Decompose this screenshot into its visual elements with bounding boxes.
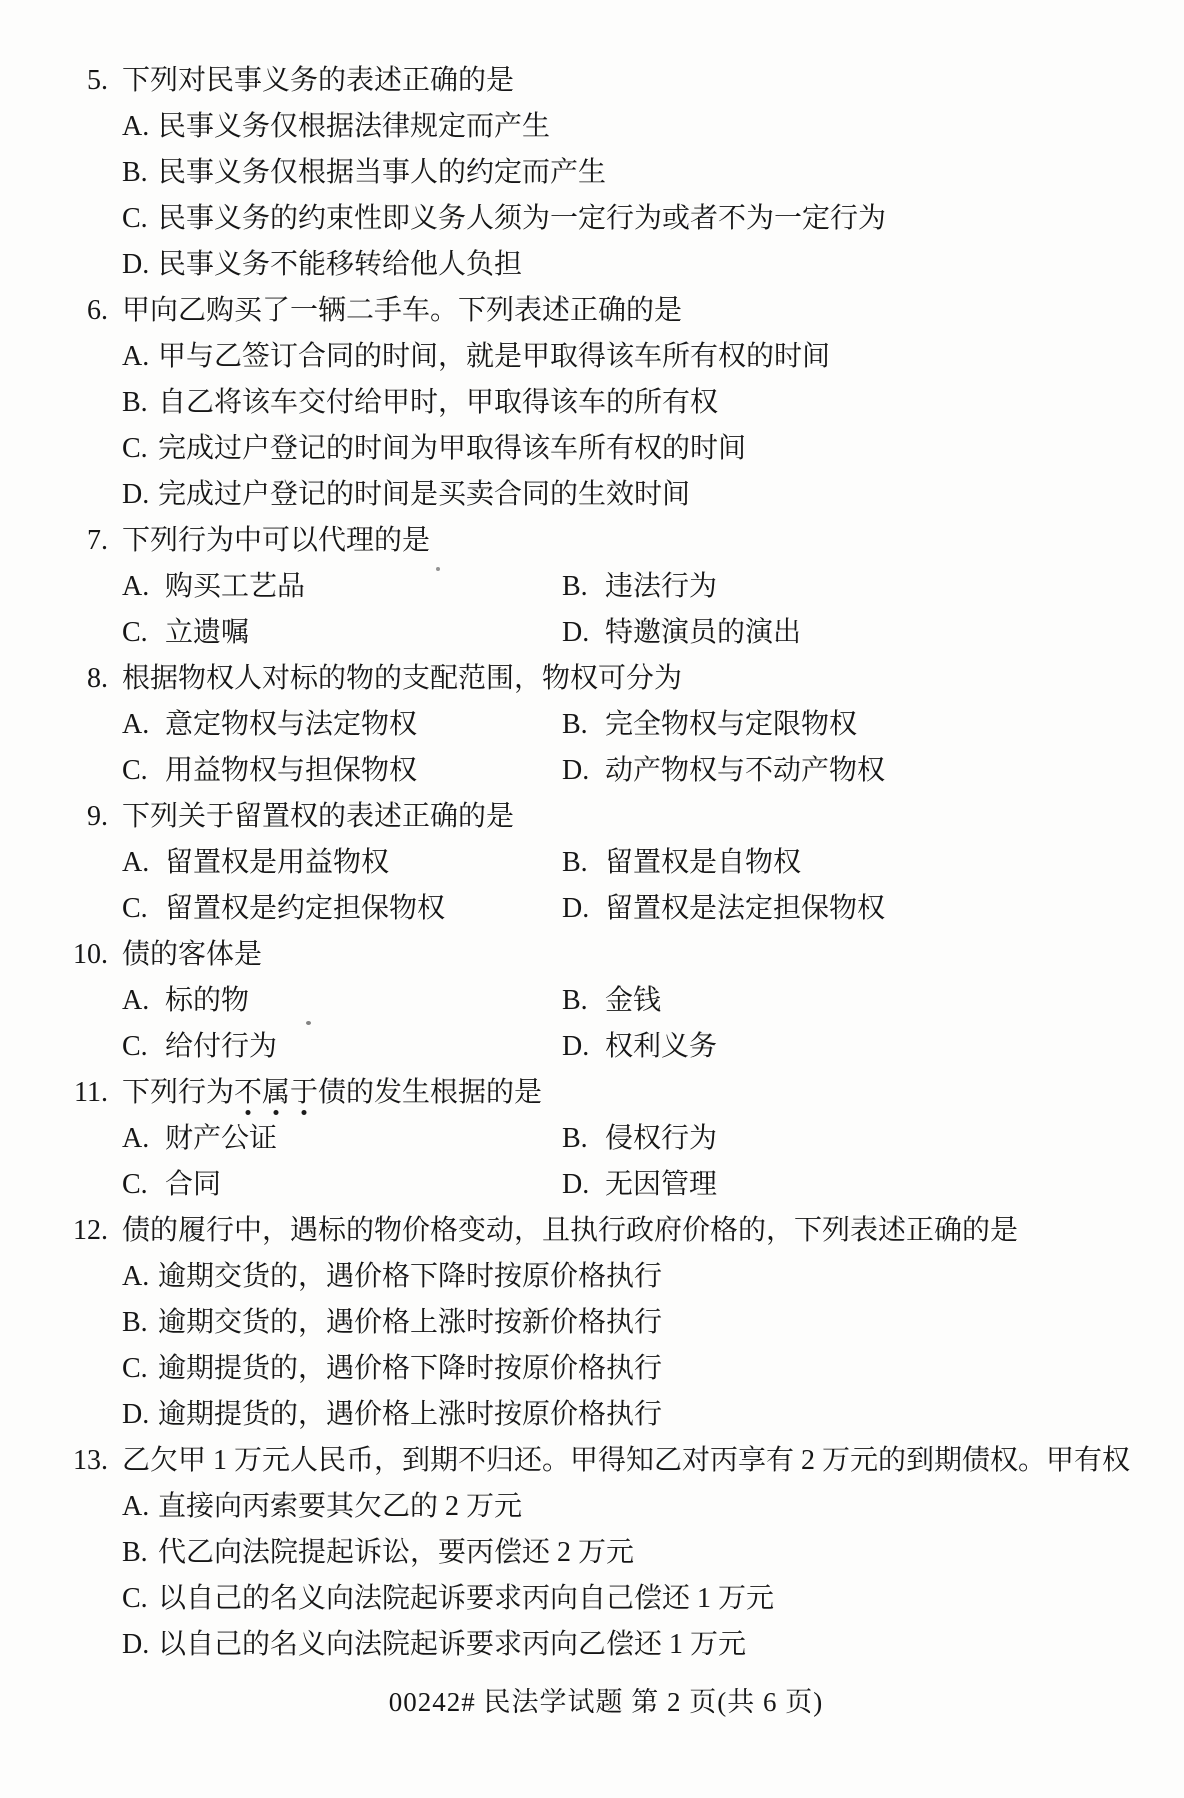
options-grid: A. 留置权是用益物权 B. 留置权是自物权 C. 留置权是约定担保物权 D. … bbox=[122, 840, 1154, 932]
option-label: A. bbox=[122, 104, 158, 150]
question-stem: 甲向乙购买了一辆二手车。下列表述正确的是 bbox=[122, 288, 682, 334]
question-number: 7. bbox=[58, 518, 108, 564]
option-text: 侵权行为 bbox=[605, 1123, 717, 1154]
option-text: 自乙将该车交付给甲时，甲取得该车的所有权 bbox=[158, 380, 718, 426]
option-7c: C. 立遗嘱 bbox=[122, 610, 562, 656]
option-text: 以自己的名义向法院起诉要求丙向乙偿还 1 万元 bbox=[158, 1622, 746, 1668]
question-stem: 下列对民事义务的表述正确的是 bbox=[122, 58, 514, 104]
option-label: B. bbox=[122, 1300, 158, 1346]
question-stem: 根据物权人对标的物的支配范围，物权可分为 bbox=[122, 656, 682, 702]
option-13c: C. 以自己的名义向法院起诉要求丙向自己偿还 1 万元 bbox=[122, 1576, 1154, 1622]
question-number: 9. bbox=[58, 794, 108, 840]
option-text: 以自己的名义向法院起诉要求丙向自己偿还 1 万元 bbox=[158, 1576, 774, 1622]
question-stem: 债的客体是 bbox=[122, 932, 262, 978]
option-7d: D. 特邀演员的演出 bbox=[562, 610, 1154, 656]
option-5d: D. 民事义务不能移转给他人负担 bbox=[122, 242, 1154, 288]
option-6d: D. 完成过户登记的时间是买卖合同的生效时间 bbox=[122, 472, 1154, 518]
option-10d: D. 权利义务 bbox=[562, 1024, 1154, 1070]
page-footer: 00242# 民法学试题 第 2 页(共 6 页) bbox=[58, 1682, 1154, 1722]
option-7b: B. 违法行为 bbox=[562, 564, 1154, 610]
option-8c: C. 用益物权与担保物权 bbox=[122, 748, 562, 794]
option-12a: A. 逾期交货的，遇价格下降时按原价格执行 bbox=[122, 1254, 1154, 1300]
option-label: B. bbox=[122, 380, 158, 426]
question-stem: 下列行为不属于债的发生根据的是 bbox=[122, 1070, 542, 1116]
option-10b: B. 金钱 bbox=[562, 978, 1154, 1024]
option-text: 动产物权与不动产物权 bbox=[605, 755, 885, 786]
option-5a: A. 民事义务仅根据法律规定而产生 bbox=[122, 104, 1154, 150]
question-stem-row: 12. 债的履行中，遇标的物价格变动，且执行政府价格的，下列表述正确的是 bbox=[58, 1208, 1154, 1254]
option-text: 代乙向法院提起诉讼，要丙偿还 2 万元 bbox=[158, 1530, 634, 1576]
option-label: C. bbox=[122, 748, 158, 794]
question-stem-row: 10. 债的客体是 bbox=[58, 932, 1154, 978]
option-6a: A. 甲与乙签订合同的时间，就是甲取得该车所有权的时间 bbox=[122, 334, 1154, 380]
option-10a: A. 标的物 bbox=[122, 978, 562, 1024]
option-label: D. bbox=[122, 472, 158, 518]
option-8b: B. 完全物权与定限物权 bbox=[562, 702, 1154, 748]
option-text: 金钱 bbox=[605, 985, 661, 1016]
option-text: 逾期提货的，遇价格上涨时按原价格执行 bbox=[158, 1392, 662, 1438]
option-label: C. bbox=[122, 1576, 158, 1622]
question-number: 11. bbox=[58, 1070, 108, 1116]
option-text: 逾期提货的，遇价格下降时按原价格执行 bbox=[158, 1346, 662, 1392]
exam-page: 5. 下列对民事义务的表述正确的是 A. 民事义务仅根据法律规定而产生 B. 民… bbox=[0, 0, 1184, 1798]
option-label: C. bbox=[122, 886, 158, 932]
option-label: D. bbox=[562, 748, 598, 794]
option-text: 完成过户登记的时间是买卖合同的生效时间 bbox=[158, 472, 690, 518]
option-text: 无因管理 bbox=[605, 1169, 717, 1200]
scan-artifact bbox=[436, 567, 440, 571]
option-13d: D. 以自己的名义向法院起诉要求丙向乙偿还 1 万元 bbox=[122, 1622, 1154, 1668]
option-text: 立遗嘱 bbox=[165, 617, 249, 648]
option-text: 购买工艺品 bbox=[165, 571, 305, 602]
option-9a: A. 留置权是用益物权 bbox=[122, 840, 562, 886]
option-label: A. bbox=[122, 702, 158, 748]
option-6b: B. 自乙将该车交付给甲时，甲取得该车的所有权 bbox=[122, 380, 1154, 426]
question-7: 7. 下列行为中可以代理的是 A. 购买工艺品 B. 违法行为 C. 立遗嘱 D… bbox=[58, 518, 1154, 656]
stem-emphasized: 不属于 bbox=[234, 1077, 318, 1117]
option-12b: B. 逾期交货的，遇价格上涨时按新价格执行 bbox=[122, 1300, 1154, 1346]
option-text: 留置权是约定担保物权 bbox=[165, 893, 445, 924]
question-stem-row: 11. 下列行为不属于债的发生根据的是 bbox=[58, 1070, 1154, 1116]
option-label: A. bbox=[122, 334, 158, 380]
option-11b: B. 侵权行为 bbox=[562, 1116, 1154, 1162]
question-number: 10. bbox=[58, 932, 108, 978]
option-text: 留置权是用益物权 bbox=[165, 847, 389, 878]
option-text: 用益物权与担保物权 bbox=[165, 755, 417, 786]
option-label: B. bbox=[562, 1116, 598, 1162]
option-text: 甲与乙签订合同的时间，就是甲取得该车所有权的时间 bbox=[158, 334, 830, 380]
option-7a: A. 购买工艺品 bbox=[122, 564, 562, 610]
option-9c: C. 留置权是约定担保物权 bbox=[122, 886, 562, 932]
question-stem-row: 7. 下列行为中可以代理的是 bbox=[58, 518, 1154, 564]
options-grid: A. 意定物权与法定物权 B. 完全物权与定限物权 C. 用益物权与担保物权 D… bbox=[122, 702, 1154, 794]
option-label: C. bbox=[122, 610, 158, 656]
question-stem: 债的履行中，遇标的物价格变动，且执行政府价格的，下列表述正确的是 bbox=[122, 1208, 1018, 1254]
question-stem-row: 6. 甲向乙购买了一辆二手车。下列表述正确的是 bbox=[58, 288, 1154, 334]
question-13: 13. 乙欠甲 1 万元人民币，到期不归还。甲得知乙对丙享有 2 万元的到期债权… bbox=[58, 1438, 1154, 1668]
option-label: C. bbox=[122, 1162, 158, 1208]
question-stem-row: 5. 下列对民事义务的表述正确的是 bbox=[58, 58, 1154, 104]
option-label: B. bbox=[122, 1530, 158, 1576]
option-text: 违法行为 bbox=[605, 571, 717, 602]
option-10c: C. 给付行为 bbox=[122, 1024, 562, 1070]
option-text: 完全物权与定限物权 bbox=[605, 709, 857, 740]
question-number: 5. bbox=[58, 58, 108, 104]
option-13b: B. 代乙向法院提起诉讼，要丙偿还 2 万元 bbox=[122, 1530, 1154, 1576]
option-text: 民事义务仅根据法律规定而产生 bbox=[158, 104, 550, 150]
option-text: 民事义务不能移转给他人负担 bbox=[158, 242, 522, 288]
option-12d: D. 逾期提货的，遇价格上涨时按原价格执行 bbox=[122, 1392, 1154, 1438]
option-text: 特邀演员的演出 bbox=[605, 617, 801, 648]
stem-pre: 下列行为 bbox=[122, 1077, 234, 1108]
option-11a: A. 财产公证 bbox=[122, 1116, 562, 1162]
option-text: 直接向丙索要其欠乙的 2 万元 bbox=[158, 1484, 522, 1530]
option-label: C. bbox=[122, 1024, 158, 1070]
option-12c: C. 逾期提货的，遇价格下降时按原价格执行 bbox=[122, 1346, 1154, 1392]
option-label: B. bbox=[562, 978, 598, 1024]
question-10: 10. 债的客体是 A. 标的物 B. 金钱 C. 给付行为 D. 权利义务 bbox=[58, 932, 1154, 1070]
option-text: 意定物权与法定物权 bbox=[165, 709, 417, 740]
option-text: 民事义务仅根据当事人的约定而产生 bbox=[158, 150, 606, 196]
option-13a: A. 直接向丙索要其欠乙的 2 万元 bbox=[122, 1484, 1154, 1530]
option-text: 权利义务 bbox=[605, 1031, 717, 1062]
question-number: 12. bbox=[58, 1208, 108, 1254]
option-label: D. bbox=[562, 1162, 598, 1208]
option-text: 留置权是法定担保物权 bbox=[605, 893, 885, 924]
option-label: B. bbox=[562, 840, 598, 886]
question-12: 12. 债的履行中，遇标的物价格变动，且执行政府价格的，下列表述正确的是 A. … bbox=[58, 1208, 1154, 1438]
question-6: 6. 甲向乙购买了一辆二手车。下列表述正确的是 A. 甲与乙签订合同的时间，就是… bbox=[58, 288, 1154, 518]
option-label: A. bbox=[122, 840, 158, 886]
option-8d: D. 动产物权与不动产物权 bbox=[562, 748, 1154, 794]
question-11: 11. 下列行为不属于债的发生根据的是 A. 财产公证 B. 侵权行为 C. 合… bbox=[58, 1070, 1154, 1208]
option-label: B. bbox=[122, 150, 158, 196]
option-label: B. bbox=[562, 564, 598, 610]
option-6c: C. 完成过户登记的时间为甲取得该车所有权的时间 bbox=[122, 426, 1154, 472]
option-label: A. bbox=[122, 978, 158, 1024]
options-grid: A. 购买工艺品 B. 违法行为 C. 立遗嘱 D. 特邀演员的演出 bbox=[122, 564, 1154, 656]
question-number: 6. bbox=[58, 288, 108, 334]
option-text: 给付行为 bbox=[165, 1031, 277, 1062]
option-8a: A. 意定物权与法定物权 bbox=[122, 702, 562, 748]
option-label: D. bbox=[122, 1622, 158, 1668]
option-text: 标的物 bbox=[165, 985, 249, 1016]
option-text: 完成过户登记的时间为甲取得该车所有权的时间 bbox=[158, 426, 746, 472]
option-9d: D. 留置权是法定担保物权 bbox=[562, 886, 1154, 932]
option-9b: B. 留置权是自物权 bbox=[562, 840, 1154, 886]
option-label: C. bbox=[122, 1346, 158, 1392]
question-stem-row: 9. 下列关于留置权的表述正确的是 bbox=[58, 794, 1154, 840]
question-stem: 下列关于留置权的表述正确的是 bbox=[122, 794, 514, 840]
option-label: A. bbox=[122, 1484, 158, 1530]
option-text: 财产公证 bbox=[165, 1123, 277, 1154]
option-label: A. bbox=[122, 1254, 158, 1300]
option-label: D. bbox=[122, 1392, 158, 1438]
question-stem-row: 13. 乙欠甲 1 万元人民币，到期不归还。甲得知乙对丙享有 2 万元的到期债权… bbox=[58, 1438, 1154, 1484]
option-11d: D. 无因管理 bbox=[562, 1162, 1154, 1208]
question-stem-row: 8. 根据物权人对标的物的支配范围，物权可分为 bbox=[58, 656, 1154, 702]
question-5: 5. 下列对民事义务的表述正确的是 A. 民事义务仅根据法律规定而产生 B. 民… bbox=[58, 58, 1154, 288]
option-label: C. bbox=[122, 426, 158, 472]
question-8: 8. 根据物权人对标的物的支配范围，物权可分为 A. 意定物权与法定物权 B. … bbox=[58, 656, 1154, 794]
option-label: B. bbox=[562, 702, 598, 748]
option-label: D. bbox=[122, 242, 158, 288]
question-stem: 乙欠甲 1 万元人民币，到期不归还。甲得知乙对丙享有 2 万元的到期债权。甲有权 bbox=[122, 1438, 1130, 1484]
option-5b: B. 民事义务仅根据当事人的约定而产生 bbox=[122, 150, 1154, 196]
option-label: D. bbox=[562, 1024, 598, 1070]
question-9: 9. 下列关于留置权的表述正确的是 A. 留置权是用益物权 B. 留置权是自物权… bbox=[58, 794, 1154, 932]
option-text: 逾期交货的，遇价格上涨时按新价格执行 bbox=[158, 1300, 662, 1346]
option-text: 逾期交货的，遇价格下降时按原价格执行 bbox=[158, 1254, 662, 1300]
option-5c: C. 民事义务的约束性即义务人须为一定行为或者不为一定行为 bbox=[122, 196, 1154, 242]
options-grid: A. 标的物 B. 金钱 C. 给付行为 D. 权利义务 bbox=[122, 978, 1154, 1070]
question-number: 8. bbox=[58, 656, 108, 702]
option-11c: C. 合同 bbox=[122, 1162, 562, 1208]
option-label: A. bbox=[122, 564, 158, 610]
question-stem: 下列行为中可以代理的是 bbox=[122, 518, 430, 564]
option-text: 留置权是自物权 bbox=[605, 847, 801, 878]
scan-artifact bbox=[306, 1021, 311, 1025]
option-label: D. bbox=[562, 610, 598, 656]
option-label: D. bbox=[562, 886, 598, 932]
option-text: 民事义务的约束性即义务人须为一定行为或者不为一定行为 bbox=[158, 196, 886, 242]
question-number: 13. bbox=[58, 1438, 108, 1484]
option-text: 合同 bbox=[165, 1169, 221, 1200]
options-grid: A. 财产公证 B. 侵权行为 C. 合同 D. 无因管理 bbox=[122, 1116, 1154, 1208]
option-label: C. bbox=[122, 196, 158, 242]
stem-post: 债的发生根据的是 bbox=[318, 1077, 542, 1108]
option-label: A. bbox=[122, 1116, 158, 1162]
